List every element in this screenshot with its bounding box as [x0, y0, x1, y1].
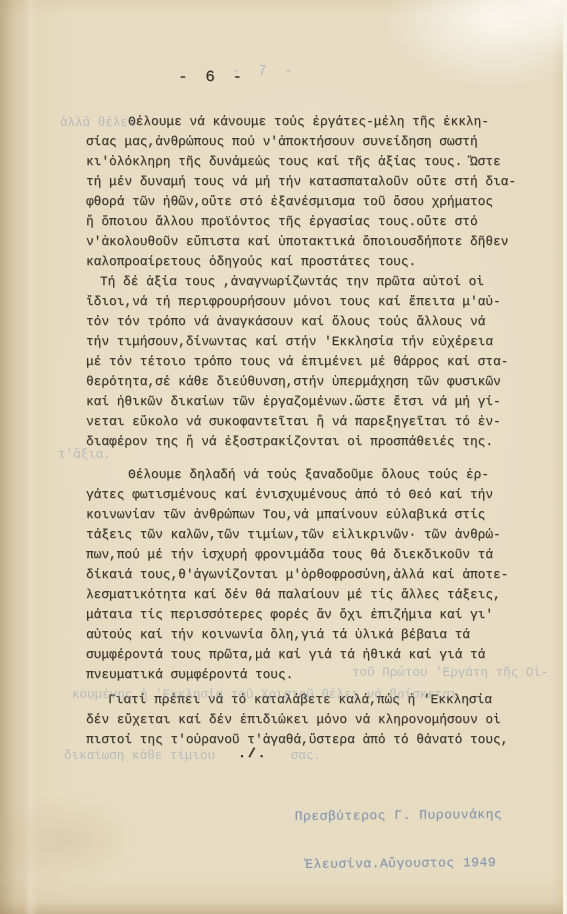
text-line: συμφέροντά τους πρῶτα,μά καί γιά τά ἠθικ… [86, 645, 531, 665]
text-line: φθορά τῶν ἠθῶν,οὔτε στό ἐξανέσμισμα τοῦ … [86, 192, 531, 212]
text-line: θερότητα,σέ κάθε διεύθυνση,στήν ὑπερμάχη… [86, 372, 531, 392]
text-line: κοινωνίαν τῶν ἀνθρώπων Του,νά μπαίνουν ε… [86, 505, 531, 525]
signature-place-date: Ἐλευσίνα.Αὔγουστος 1949 [295, 855, 503, 873]
text-line: λεσματικότητα καί δέν θά παλαίουν μέ τίς… [86, 585, 531, 605]
paragraph: Τή δέ ἀξία τους ,ἀναγνωρίζωντάς την πρῶτ… [86, 272, 531, 452]
text-line: καλοπροαίρετους ὁδηγούς καί προστάτες το… [86, 252, 531, 272]
text-line: δίκαιά τους,θ'ἀγωνίζονται μ'ὀρθοφροσύνη,… [86, 565, 531, 585]
page-number: - 6 - [178, 68, 246, 86]
ghost-text-fragment: δικαίωση κάθε τίμιου σας. [64, 749, 321, 763]
text-line: σίας μας,ἀνθρώπους πού ν'ἀποκτήσουν συνε… [86, 132, 531, 152]
text-line: τόν τόν τρόπο νά ἀναγκάσουν καί ὅλους το… [86, 312, 531, 332]
ghost-text-fragment: κουμένης ἡ 'Εκκλησία τοῦ Χριστοῦ θέλει ν… [72, 688, 457, 702]
text-line: νεται εὔκολο νά συκοφαντεῖται ἤ νά παρεξ… [86, 412, 531, 432]
ghost-text-fragment: ἀλλά θέλει [60, 116, 136, 130]
ghost-text-fragment: τοῦ Πρώτου 'Εργάτη τῆς Οἰ- [352, 666, 549, 680]
text-line: μέ τόν τέτοιο τρόπο τους νά ἐπιμένει μέ … [86, 352, 531, 372]
text-line: Τή δέ ἀξία τους ,ἀναγνωρίζωντάς την πρῶτ… [86, 272, 531, 292]
text-line: ἴδιοι,νά τή περιφρουρήσουν μόνοι τους κα… [86, 292, 531, 312]
text-line: πων,πού μέ τήν ἰσχυρή φρονιμάδα τους θά … [86, 545, 531, 565]
text-line: τάξεις τῶν καλῶν,τῶν τιμίων,τῶν εἰλικριν… [86, 525, 531, 545]
body-text: Θέλουμε νά κάνουμε τούς ἐργάτες-μέλη τῆς… [86, 112, 531, 750]
text-line: διαφέρον της ἤ νά ἐξοστρακίζονται οἱ προ… [86, 432, 531, 452]
signature-block: Πρεσβύτερος Γ. Πυρουνάκης Ἐλευσίνα.Αὔγου… [294, 775, 503, 905]
paragraph: Θέλουμε δηλαδή νά τούς ξαναδοῦμε ὅλους τ… [86, 465, 531, 685]
text-line: μάταια τίς περισσότερες φορές ἄν ὄχι ἐπι… [86, 605, 531, 625]
text-line: τήν τιμήσουν,δίνωντας καί στήν 'Εκκλησία… [86, 332, 531, 352]
text-line: ν'ἀκολουθοῦν εὔπιστα καί ὑποτακτικά ὅποι… [86, 232, 531, 252]
text-line: γάτες φωτισμένους καί ἐνισχυμένους ἀπό τ… [86, 485, 531, 505]
paragraph: Θέλουμε νά κάνουμε τούς ἐργάτες-μέλη τῆς… [86, 112, 531, 272]
scanned-page: - 7 - - 6 - Θέλουμε νά κάνουμε τούς ἐργά… [0, 0, 563, 914]
ghost-text-fragment: τ'ἄξια. [58, 448, 111, 462]
signature-name: Πρεσβύτερος Γ. Πυρουνάκης [295, 807, 503, 825]
text-line: πιστοί της τ'οὐρανοῦ τ'ἀγαθά,ὕστερα ἀπό … [86, 730, 531, 750]
text-line: κι'ὁλόκληρη τῆς δυνάμεώς τους καί τῆς ἀξ… [86, 152, 531, 172]
text-line: τή μέν δυναμή τους νά μή τήν κατασπαταλο… [86, 172, 531, 192]
text-line: Θέλουμε δηλαδή νά τούς ξαναδοῦμε ὅλους τ… [86, 465, 531, 485]
text-line: καί ἠθικῶν δικαίων τῶν ἐργαζομένων.ὥστε … [86, 392, 531, 412]
text-line: αὐτούς καί τήν κοινωνία ὅλη,γιά τά ὑλικά… [86, 625, 531, 645]
text-line: Θέλουμε νά κάνουμε τούς ἐργάτες-μέλη τῆς… [86, 112, 531, 132]
text-line: ἤ ὅποιου ἄλλου προϊόντος τῆς ἐργασίας το… [86, 212, 531, 232]
text-line: δέν εὔχεται καί δέν ἐπιδιώκει μόνο νά κλ… [86, 710, 531, 730]
